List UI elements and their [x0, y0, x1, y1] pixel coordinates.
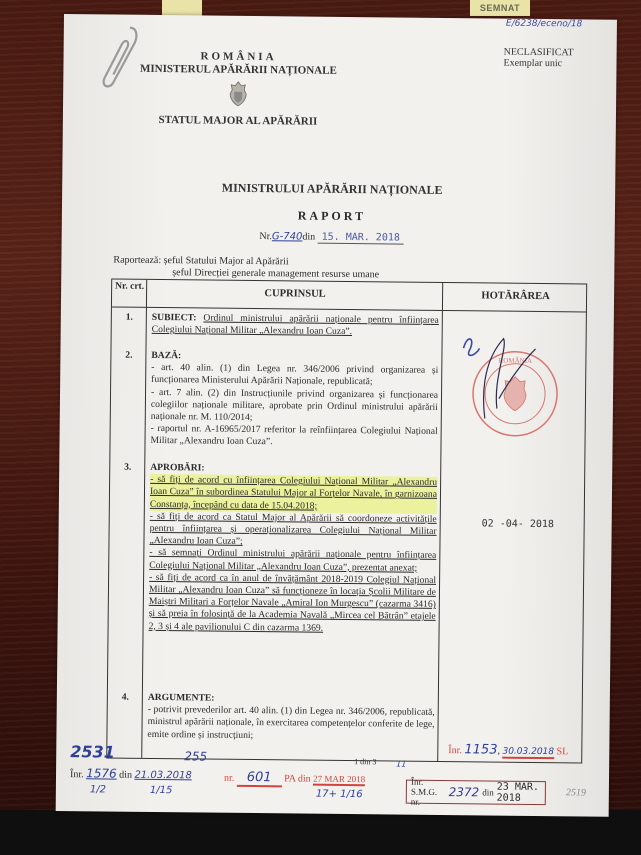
right-inreg-date: 30.03.2018: [502, 747, 554, 760]
inreg-sub: 1/2: [90, 784, 106, 795]
smg-registration-stamp: Înr. S.M.G. nr. 2372 din 23 MAR. 2018: [406, 780, 546, 805]
reporters-label: Raportează:: [113, 255, 161, 266]
pa-label: PA din: [284, 773, 311, 784]
smg-label: Înr. S.M.G. nr.: [411, 777, 446, 807]
handwritten-number-secondary: 255: [184, 749, 207, 763]
handwritten-number: 2531: [70, 742, 115, 761]
section-number: 4.: [108, 691, 143, 704]
din-label: din: [302, 232, 315, 243]
list-item: - să semnați Ordinul ministrului apărări…: [149, 547, 436, 574]
right-inreg-label: Înr.: [448, 745, 462, 756]
inreg-stamp-left: Înr. 1576 din 21.03.2018: [70, 766, 192, 781]
document-date: 15. MAR. 2018: [318, 232, 404, 245]
sticky-note-left: [162, 0, 202, 16]
nr-label: nr.: [224, 773, 234, 784]
reporters: Raportează: șeful Statului Major al Apăr…: [113, 255, 379, 282]
list-item: - art. 40 alin. (1) din Legea nr. 346/20…: [151, 362, 438, 389]
nr-prefix: Nr.: [259, 231, 272, 242]
din-date: 21.03.2018: [134, 770, 191, 782]
hour-mark: 11: [396, 760, 406, 769]
list-item-highlighted: - să fiți de acord cu înființarea Colegi…: [150, 474, 437, 514]
classification-block: NECLASIFICAT Exemplar unic: [503, 47, 573, 70]
document-page: E/6238/eceno/18 ROMÂNIA MINISTERUL APĂRĂ…: [56, 14, 617, 817]
inreg-label: Înr.: [70, 769, 84, 780]
inreg-number: 1576: [86, 766, 117, 780]
pencil-note: 2519: [566, 787, 586, 798]
country-name: ROMÂNIA: [134, 50, 344, 64]
din-label: din: [119, 770, 132, 781]
smg-din: din: [482, 787, 494, 797]
smg-number: 2372: [449, 785, 480, 799]
nr-value: 601: [237, 770, 282, 787]
list-item: - art. 7 alin. (2) din Instrucțiunile pr…: [151, 387, 438, 427]
list-item: - potrivit prevederilor art. 40 alin. (1…: [147, 704, 434, 744]
pa-sub: 17+ 1/16: [316, 789, 363, 800]
sticky-note-signed: SEMNAT: [470, 0, 530, 16]
ministry-name: MINISTERUL APĂRĂRII NAȚIONALE: [133, 63, 343, 77]
list-item: - să fiți de acord ca în anul de învățăm…: [149, 572, 437, 636]
document-number: G-740: [272, 231, 303, 242]
inreg-stamp-right: Înr. 1153, 30.03.2018 SL: [448, 742, 568, 758]
coat-of-arms-icon: [226, 80, 250, 108]
right-inreg-number: 1153: [464, 742, 497, 757]
registration-number: E/6238/eceno/18: [506, 19, 582, 30]
list-item: - raportul nr. A-16965/2017 referitor la…: [150, 423, 437, 450]
header-nr: Nr. crt.: [112, 282, 147, 293]
reporter-1: șeful Statului Major al Apărării: [164, 255, 289, 267]
section-number: 3.: [110, 462, 145, 475]
department-name: STATUL MAJOR AL APĂRĂRII: [133, 114, 343, 128]
pa-date: 27 MAR 2018: [313, 774, 365, 787]
classification-level: NECLASIFICAT: [504, 47, 574, 59]
letterhead: ROMÂNIA MINISTERUL APĂRĂRII NAȚIONALE ST…: [133, 50, 344, 128]
registration-stamps: 2531 255 Înr. 1576 din 21.03.2018 1/2 1/…: [56, 754, 610, 820]
section-number: 1.: [112, 312, 147, 325]
header-decision: HOTĂRÂREA: [443, 290, 588, 303]
section-title: SUBIECT:: [152, 312, 197, 323]
copy-label: Exemplar unic: [503, 58, 573, 70]
right-suffix: SL: [556, 746, 568, 757]
page-of: 1 din 3: [354, 757, 376, 766]
decision-date-stamp: 02 -04- 2018: [482, 518, 554, 530]
din-sub: 1/15: [150, 785, 173, 796]
list-item: - să fiți de acord ca Statul Major al Ap…: [149, 511, 436, 551]
smg-date: 23 MAR. 2018: [497, 782, 545, 805]
nr-stamp: nr. 601 PA din 27 MAR 2018: [224, 770, 365, 786]
section-number: 2.: [111, 350, 146, 363]
signature-icon: [455, 328, 546, 429]
